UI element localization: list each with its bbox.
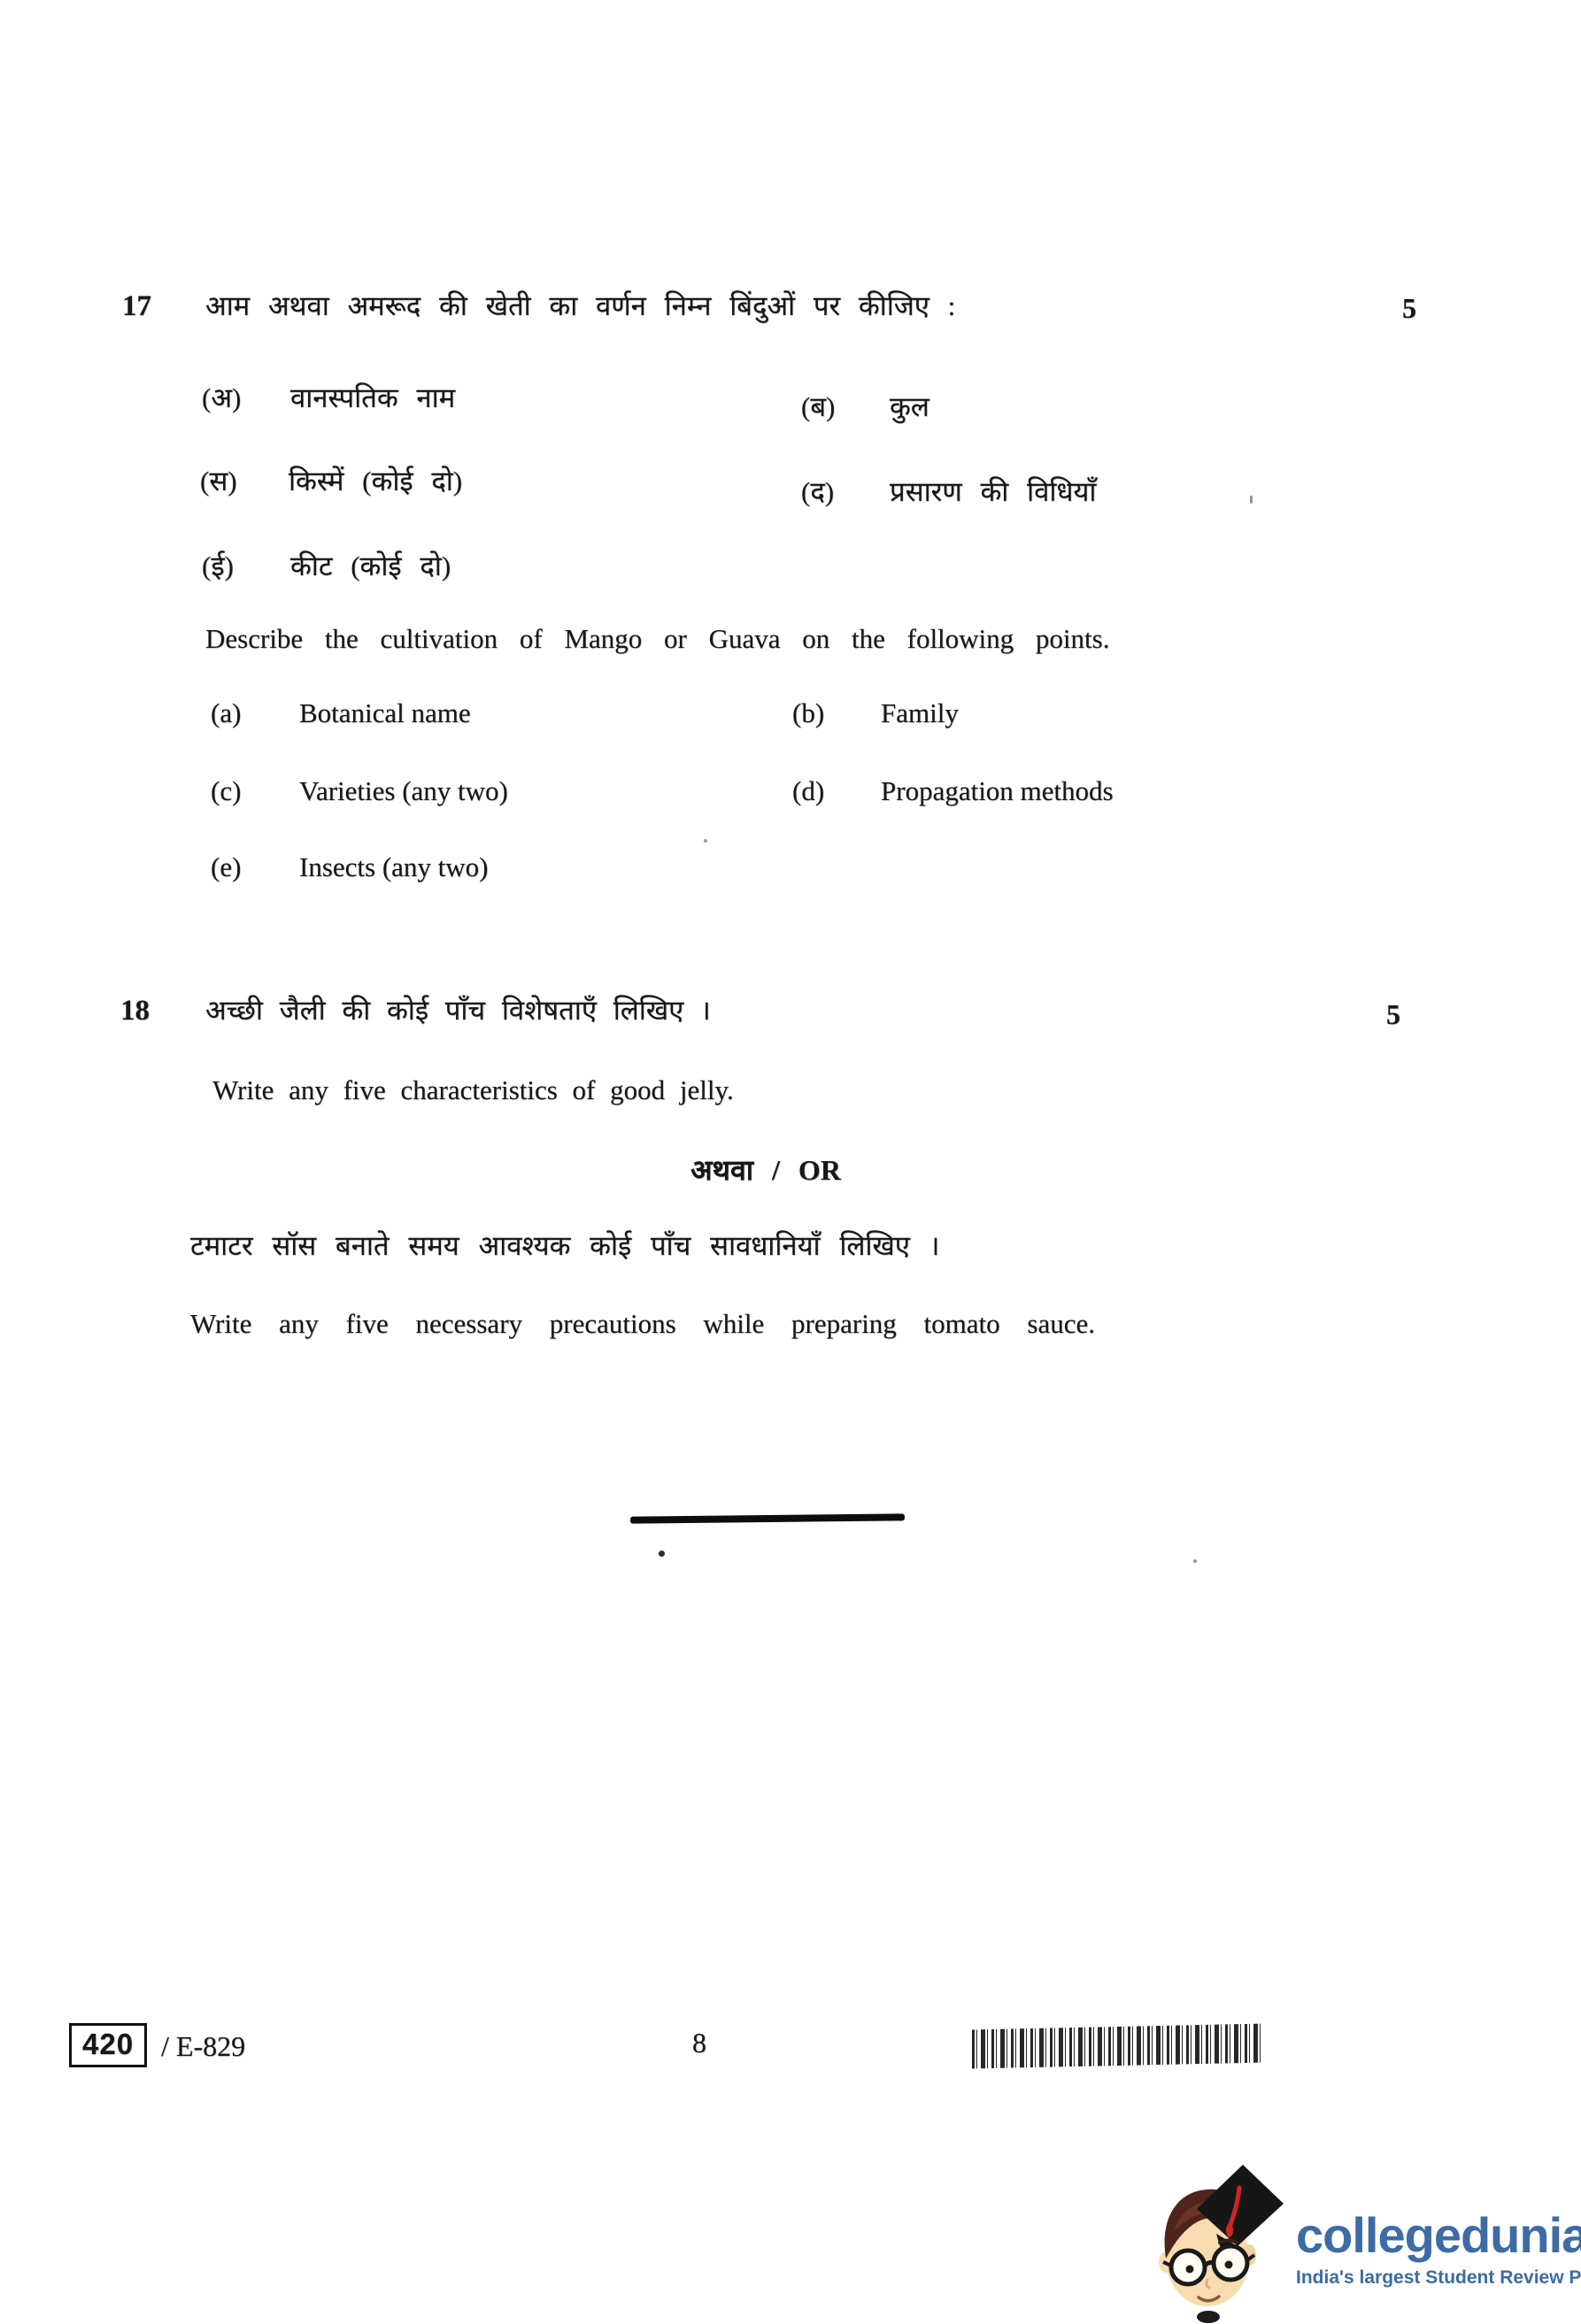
question-18-marks: 5 <box>1386 998 1400 1031</box>
question-17-text-english: Describe the cultivation of Mango or Gua… <box>205 623 1383 655</box>
option-hi-a-label: (अ) <box>202 379 290 416</box>
scan-speck <box>1193 1559 1197 1563</box>
question-17-marks: 5 <box>1402 292 1416 325</box>
option-en-c-label: (c) <box>211 775 299 807</box>
paper-number-box: 420 <box>69 2023 147 2067</box>
question-18-text-hindi: अच्छी जैली की कोई पाँच विशेषताएँ लिखिए । <box>205 991 1179 1028</box>
option-hi-b: (ब)कुल <box>801 388 929 425</box>
option-hi-i: (ई)कीट (कोई दो) <box>202 547 451 584</box>
exam-paper-page: 17 आम अथवा अमरूद की खेती का वर्णन निम्न … <box>0 0 1581 2324</box>
collegedunia-mascot-icon <box>1153 2156 1285 2324</box>
end-divider-line <box>630 1513 905 1523</box>
option-hi-b-text: कुल <box>890 391 929 422</box>
option-en-a: (a)Botanical name <box>211 697 471 729</box>
option-hi-a-text: वानस्पतिक नाम <box>290 382 455 413</box>
question-17-text-hindi: आम अथवा अमरूद की खेती का वर्णन निम्न बिं… <box>205 287 1250 324</box>
or-separator: अथवा / OR <box>549 1150 983 1189</box>
option-hi-i-text: कीट (कोई दो) <box>290 550 451 581</box>
option-hi-i-label: (ई) <box>202 547 290 584</box>
option-en-c: (c)Varieties (any two) <box>211 775 508 807</box>
option-en-e-label: (e) <box>211 851 299 883</box>
option-en-a-label: (a) <box>211 697 299 729</box>
scan-speck <box>704 839 707 843</box>
question-17-number: 17 <box>122 290 151 323</box>
option-en-e-text: Insects (any two) <box>299 851 489 882</box>
option-en-b-text: Family <box>881 697 959 728</box>
option-en-d-text: Propagation methods <box>881 775 1114 806</box>
option-hi-s-label: (स) <box>200 462 289 499</box>
option-en-d: (d)Propagation methods <box>792 775 1114 807</box>
option-hi-b-label: (ब) <box>801 388 890 425</box>
option-hi-s-text: किस्में (कोई दो) <box>289 466 462 496</box>
option-hi-d: (द)प्रसारण की विधियाँ <box>801 473 1096 510</box>
scan-speck <box>1250 496 1253 504</box>
option-hi-s: (स)किस्में (कोई दो) <box>200 462 462 499</box>
option-hi-d-label: (द) <box>801 473 890 510</box>
barcode <box>972 2024 1264 2069</box>
scan-speck <box>659 1551 665 1557</box>
question-18-alt-text-english: Write any five necessary precautions whi… <box>190 1308 1341 1340</box>
paper-code: / E-829 <box>161 2030 245 2063</box>
page-number: 8 <box>692 2027 706 2059</box>
question-18-alt-text-hindi: टमाटर सॉस बनाते समय आवश्यक कोई पाँच सावध… <box>190 1227 1164 1264</box>
option-hi-a: (अ)वानस्पतिक नाम <box>202 379 455 416</box>
option-en-b: (b)Family <box>792 697 959 729</box>
question-18-number: 18 <box>120 995 150 1027</box>
option-hi-d-text: प्रसारण की विधियाँ <box>890 476 1096 507</box>
collegedunia-brand-text: collegedunia <box>1296 2211 1581 2260</box>
option-en-c-text: Varieties (any two) <box>299 775 508 806</box>
option-en-d-label: (d) <box>792 775 881 807</box>
collegedunia-logo: collegedunia .com India's largest Studen… <box>1153 2156 1581 2324</box>
collegedunia-tagline: India's largest Student Review Platform <box>1296 2267 1581 2289</box>
option-en-a-text: Botanical name <box>299 697 471 728</box>
question-18-text-english: Write any five characteristics of good j… <box>212 1074 734 1106</box>
option-en-b-label: (b) <box>792 697 881 729</box>
option-en-e: (e)Insects (any two) <box>211 851 489 883</box>
